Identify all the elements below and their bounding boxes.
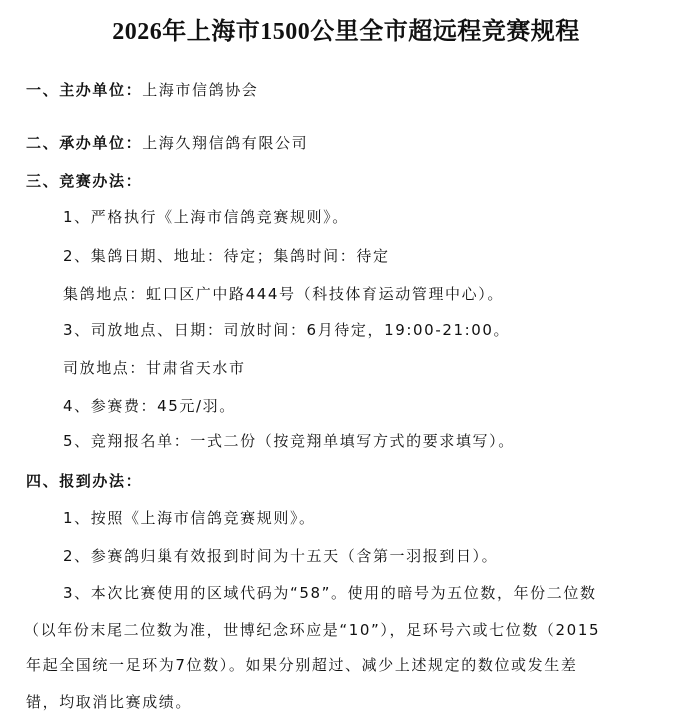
section-competition-rules: 三、竞赛办法： (26, 170, 142, 192)
reporting-rule-continuation: 年起全国统一足环为7位数）。如果分别超过、减少上述规定的数位或发生差 (26, 654, 577, 676)
competition-rule-item: 集鸽地点：虹口区广中路444号（科技体育运动管理中心）。 (63, 283, 504, 305)
section-host: 二、承办单位：上海久翔信鸽有限公司 (26, 132, 308, 154)
competition-rule-item: 5、竞翔报名单：一式二份（按竞翔单填写方式的要求填写）。 (63, 430, 515, 452)
section-host-value: 上海久翔信鸽有限公司 (142, 134, 308, 152)
section-organizer: 一、主办单位：上海市信鸽协会 (26, 79, 258, 101)
document-title: 2026年上海市1500公里全市超远程竞赛规程 (0, 14, 692, 50)
section-reporting-rules: 四、报到办法： (26, 470, 142, 492)
reporting-rule-item: 1、按照《上海市信鸽竞赛规则》。 (63, 507, 316, 529)
competition-rule-item: 1、严格执行《上海市信鸽竞赛规则》。 (63, 206, 349, 228)
reporting-rule-continuation: 错，均取消比赛成绩。 (26, 691, 192, 713)
section-host-label: 二、承办单位： (26, 134, 142, 152)
competition-rule-item: 4、参赛费：45元/羽。 (63, 395, 236, 417)
reporting-rule-item: 3、本次比赛使用的区域代码为“58”。使用的暗号为五位数，年份二位数 (63, 582, 597, 604)
reporting-rule-continuation: （以年份末尾二位数为准，世博纪念环应是“10”），足环号六或七位数（2015 (24, 619, 600, 641)
section-organizer-value: 上海市信鸽协会 (142, 81, 258, 99)
section-organizer-label: 一、主办单位： (26, 81, 142, 99)
section-reporting-rules-label: 四、报到办法： (26, 472, 142, 490)
competition-rule-item: 3、司放地点、日期：司放时间：6月待定，19:00-21:00。 (63, 319, 510, 341)
reporting-rule-item: 2、参赛鸽归巢有效报到时间为十五天（含第一羽报到日）。 (63, 545, 498, 567)
section-competition-rules-label: 三、竞赛办法： (26, 172, 142, 190)
competition-rule-item: 司放地点：甘肃省天水市 (63, 357, 246, 379)
competition-rule-item: 2、集鸽日期、地址：待定；集鸽时间：待定 (63, 245, 390, 267)
